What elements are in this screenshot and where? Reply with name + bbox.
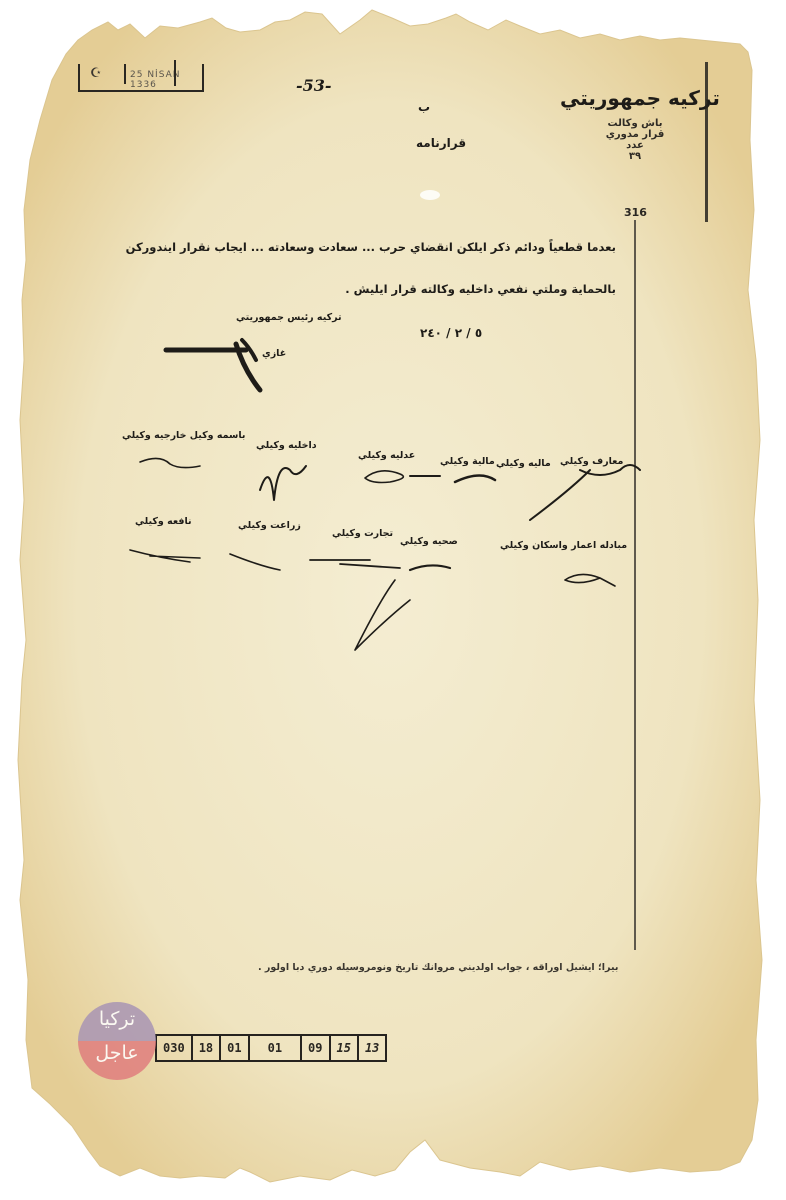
signatory-label: نافعه وكيلي: [135, 516, 192, 527]
stamp-text: 25 NİSAN 1336: [130, 70, 202, 90]
footer-note: بيرا؛ ايشيل اوراقه ، جواب اولديني مروانك…: [258, 962, 618, 973]
ref-cell: 09: [301, 1035, 329, 1061]
ref-cell: 15: [330, 1035, 358, 1061]
registry-number: 316: [624, 206, 647, 219]
header-sub-block: باش وكالت قرار مدوري عدد ٣٩: [600, 118, 670, 162]
watermark-logo: تركيا عاجل: [78, 1002, 156, 1080]
body-line-2: بالحماية وملتي نفعي داخليه وكالته قرار ا…: [316, 282, 616, 296]
header-sub-line: باش وكالت: [600, 118, 670, 129]
watermark-line2: عاجل: [78, 1042, 156, 1064]
archive-stamp: ☪ 25 NİSAN 1336: [78, 64, 204, 92]
president-signature: [160, 330, 270, 400]
stamp-divider: [124, 64, 126, 84]
signatory-label: تجارت وكيلي: [332, 528, 393, 539]
president-label: تركيه رئيس جمهوريتي: [236, 312, 342, 323]
ref-cell: 01: [220, 1035, 248, 1061]
header-sub-line: قرار مدوري: [600, 129, 670, 140]
ref-cell: 030: [156, 1035, 192, 1061]
ref-cell: 01: [249, 1035, 301, 1061]
body-line-1: بعدما قطعياً ودائم ذكر ايلكن انقضاي حرب …: [56, 240, 616, 254]
signatures-row2: [110, 540, 650, 670]
stamp-divider: [174, 60, 176, 86]
header-rule: [705, 62, 708, 222]
ref-cell: 18: [192, 1035, 220, 1061]
document-date: ٥ / ٢ / ٢٤٠: [420, 326, 482, 340]
top-mark: ب: [418, 100, 430, 114]
crescent-icon: ☪: [90, 66, 102, 81]
header-sub-line: عدد: [600, 140, 670, 151]
page-number: -53-: [296, 76, 332, 95]
document-header-title: تركيه جمهوريتي: [560, 86, 720, 110]
header-sub-line: ٣٩: [600, 151, 670, 162]
signatory-label: زراعت وكيلي: [238, 520, 301, 531]
document-title: قرارنامه: [416, 136, 466, 150]
watermark-line1: تركيا: [78, 1008, 156, 1030]
archive-reference-code: 030 18 01 01 09 15 13: [155, 1034, 387, 1062]
ref-cell: 13: [358, 1035, 386, 1061]
